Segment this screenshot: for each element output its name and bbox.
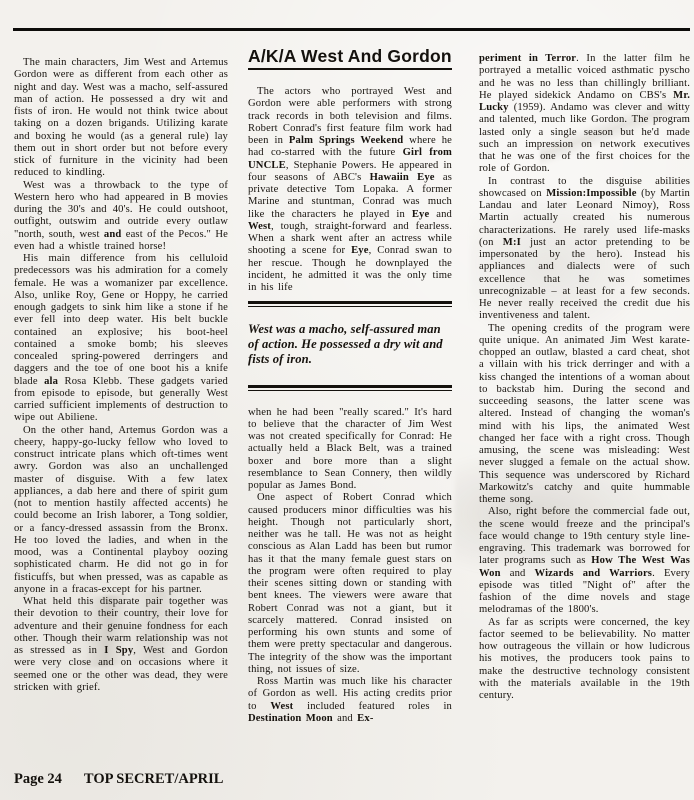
pull-quote-text: West was a macho, self-assured man of ac… bbox=[248, 322, 452, 366]
article-title: A/K/A West And Gordon bbox=[248, 46, 452, 66]
title-underline bbox=[248, 68, 452, 70]
paragraph: The actors who portrayed West and Gordon… bbox=[248, 86, 452, 294]
paragraph: The opening credits of the program were … bbox=[479, 323, 690, 507]
paragraph: Also, right before the commercial fade o… bbox=[479, 506, 690, 616]
page-number: Page 24 bbox=[14, 771, 62, 788]
pull-quote-bottom-rule bbox=[248, 385, 452, 391]
paragraph: What held this disparate pair together w… bbox=[14, 596, 228, 694]
paragraph: His main difference from his celluloid p… bbox=[14, 253, 228, 425]
left-column: The main characters, Jim West and Artemu… bbox=[14, 57, 228, 725]
magazine-title: TOP SECRET/APRIL bbox=[84, 771, 224, 788]
paragraph: The main characters, Jim West and Artemu… bbox=[14, 57, 228, 180]
paragraph: periment in Terror. In the latter film h… bbox=[479, 53, 690, 176]
paragraph: when he had been "really scared." It's h… bbox=[248, 407, 452, 493]
paragraph: One aspect of Robert Conrad which caused… bbox=[248, 492, 452, 676]
pull-quote: West was a macho, self-assured man of ac… bbox=[248, 301, 452, 390]
paragraph: West was a throwback to the type of West… bbox=[14, 180, 228, 254]
paragraph: As far as scripts were concerned, the ke… bbox=[479, 617, 690, 703]
page-footer: Page 24 TOP SECRET/APRIL bbox=[14, 771, 223, 788]
paragraph: On the other hand, Artemus Gordon was a … bbox=[14, 425, 228, 597]
paragraph: In contrast to the disguise abilities sh… bbox=[479, 176, 690, 323]
pull-quote-top-rule bbox=[248, 301, 452, 307]
paragraph: Ross Martin was much like his character … bbox=[248, 676, 452, 725]
article-body: The main characters, Jim West and Artemu… bbox=[14, 0, 690, 725]
magazine-page: The main characters, Jim West and Artemu… bbox=[0, 0, 694, 800]
right-column: periment in Terror. In the latter film h… bbox=[479, 53, 690, 725]
middle-column: A/K/A West And Gordon The actors who por… bbox=[248, 46, 452, 725]
